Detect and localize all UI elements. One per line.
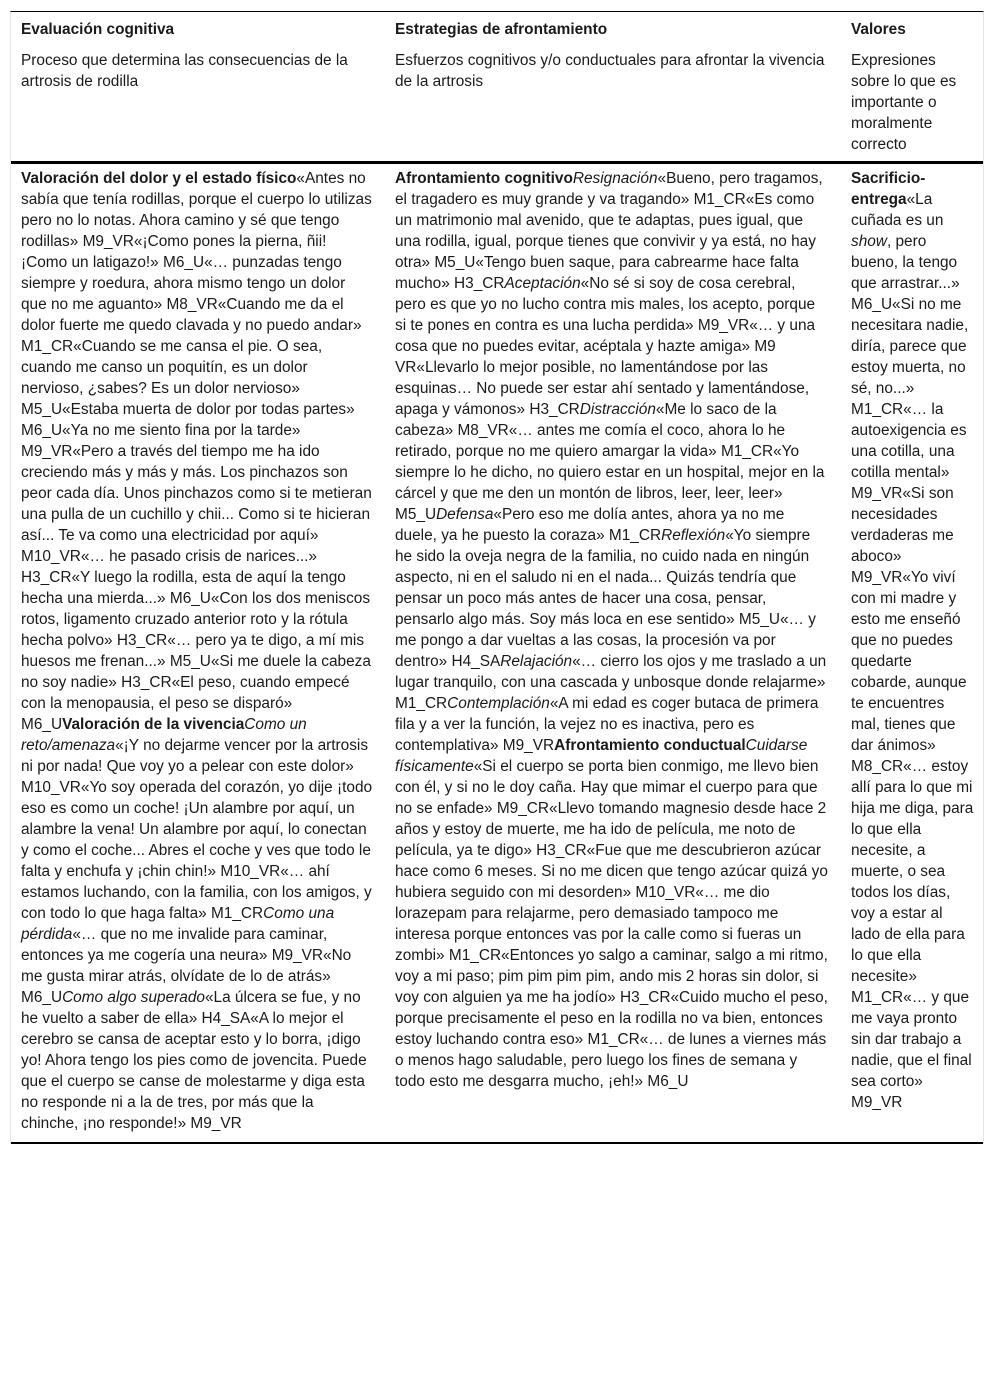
quote-text: «Yo siempre he sido la oveja negra de la… xyxy=(395,527,816,670)
subcategory-label: Distracción xyxy=(580,401,656,418)
emphasis-text: show xyxy=(851,233,887,250)
cell-text: Afrontamiento cognitivoResignación«Bueno… xyxy=(385,168,841,1092)
table-body: Valoración del dolor y el estado físico«… xyxy=(11,163,983,1144)
quote-text: , pero bueno, la tengo que arrastrar...»… xyxy=(851,233,973,1111)
quote-text: «Me lo saco de la cabeza» M8_VR«… antes … xyxy=(395,401,824,523)
subcategory-label: Aceptación xyxy=(505,275,581,292)
quote-text: «Bueno, pero tragamos, el tragadero es m… xyxy=(395,170,823,292)
table-header: Evaluación cognitiva Proceso que determi… xyxy=(11,12,983,163)
cell-text: Sacrificio-entrega«La cuñada es un show,… xyxy=(841,168,983,1113)
category-label: Valoración de la vivencia xyxy=(62,716,244,733)
subcategory-label: Defensa xyxy=(436,506,493,523)
qualitative-results-table: Evaluación cognitiva Proceso que determi… xyxy=(10,11,984,1144)
category-label: Afrontamiento cognitivo xyxy=(395,170,573,187)
column-title: Estrategias de afrontamiento xyxy=(395,19,829,40)
column-description: Expresiones sobre lo que es importante o… xyxy=(851,50,975,155)
subcategory-label: Como algo superado xyxy=(62,989,205,1006)
column-description: Esfuerzos cognitivos y/o conductuales pa… xyxy=(395,50,829,92)
quote-text: «¡Y no dejarme vencer por la artrosis ni… xyxy=(21,737,372,922)
quote-text: «No sé si soy de cosa cerebral, pero es … xyxy=(395,275,815,418)
header-row: Evaluación cognitiva Proceso que determi… xyxy=(11,12,983,163)
body-cell-estrategias: Afrontamiento cognitivoResignación«Bueno… xyxy=(385,163,841,1144)
column-title: Valores xyxy=(851,19,975,40)
subcategory-label: Reflexión xyxy=(661,527,725,544)
subcategory-label: Resignación xyxy=(573,170,658,187)
category-label: Afrontamiento conductual xyxy=(554,737,746,754)
body-cell-evaluacion: Valoración del dolor y el estado físico«… xyxy=(11,163,385,1144)
table-row: Valoración del dolor y el estado físico«… xyxy=(11,163,983,1144)
subcategory-label: Contemplación xyxy=(447,695,550,712)
quote-text: «Antes no sabía que tenía rodillas, porq… xyxy=(21,170,372,733)
column-title: Evaluación cognitiva xyxy=(21,19,373,40)
cell-text: Valoración del dolor y el estado físico«… xyxy=(11,168,385,1134)
header-cell-valores: Valores Expresiones sobre lo que es impo… xyxy=(841,12,983,163)
header-cell-estrategias: Estrategias de afrontamiento Esfuerzos c… xyxy=(385,12,841,163)
table: Evaluación cognitiva Proceso que determi… xyxy=(11,12,983,1144)
body-cell-valores: Sacrificio-entrega«La cuñada es un show,… xyxy=(841,163,983,1144)
category-label: Valoración del dolor y el estado físico xyxy=(21,170,296,187)
quote-text: «Si el cuerpo se porta bien conmigo, me … xyxy=(395,758,828,1090)
quote-text: «La úlcera se fue, y no he vuelto a sabe… xyxy=(21,989,367,1132)
column-description: Proceso que determina las consecuencias … xyxy=(21,50,373,92)
subcategory-label: Relajación xyxy=(500,653,572,670)
header-cell-evaluacion: Evaluación cognitiva Proceso que determi… xyxy=(11,12,385,163)
